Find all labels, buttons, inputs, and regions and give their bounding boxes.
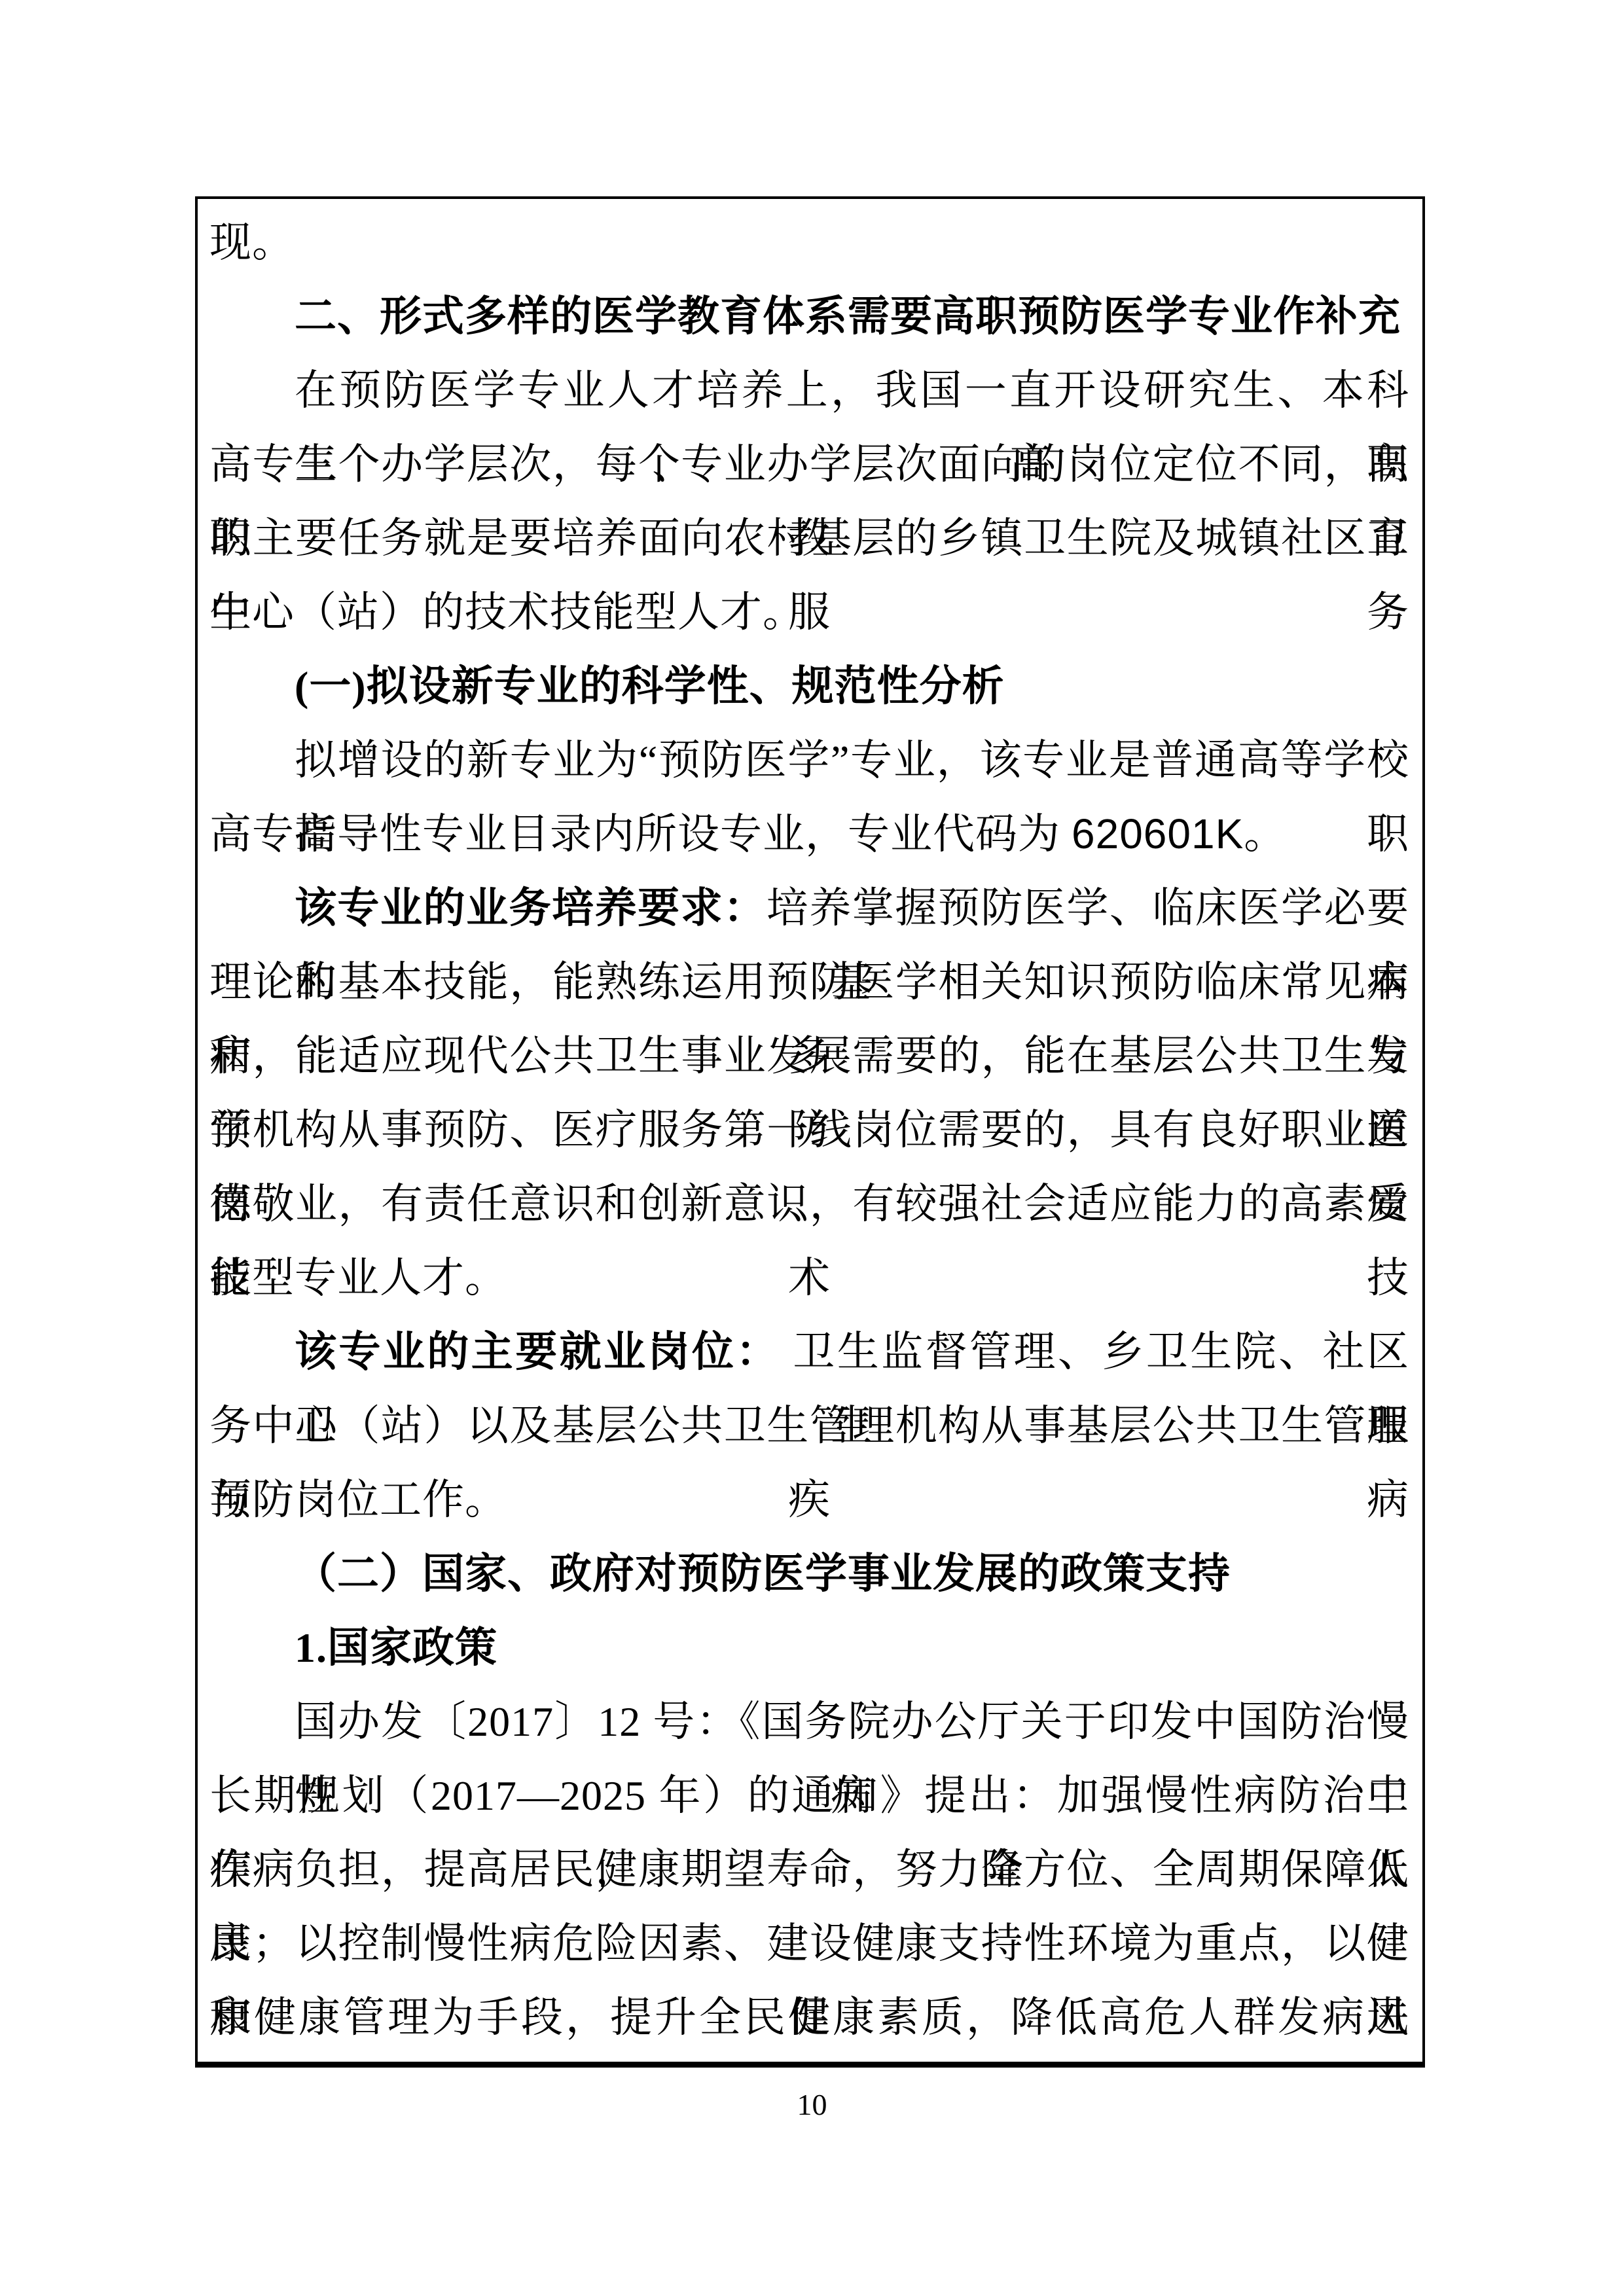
text-line: 病，能适应现代公共卫生事业发展需要的，能在基层公共卫生与预防医 — [209, 1019, 1409, 1093]
text-line: 务中心（站）以及基层公共卫生管理机构从事基层公共卫生管理与疾病 — [209, 1389, 1409, 1463]
text-line: 岗敬业，有责任意识和创新意识，有较强社会适应能力的高素质技术技 — [209, 1167, 1409, 1241]
text-line: 康；以控制慢性病危险因素、建设健康支持性环境为重点，以健康促进 — [209, 1907, 1409, 1981]
text-segment: 高专指导性专业目录内所设专业，专业代码为 — [209, 811, 1072, 857]
text-line: 该专业的主要就业岗位： 卫生监督管理、乡卫生院、社区卫生服 — [209, 1315, 1409, 1389]
document-page: 现。 二、形式多样的医学教育体系需要高职预防医学专业作补充 在预防医学专业人才培… — [0, 0, 1624, 2296]
bold-lead: 该专业的业务培养要求： — [295, 885, 767, 931]
text-line: 疾病负担，提高居民健康期望寿命，努力全方位、全周期保障人民健 — [209, 1833, 1409, 1907]
text-line: 长期规划（2017—2025 年）的通知》提出：加强慢性病防治工作，降低 — [209, 1759, 1409, 1833]
text-line: 高专三个办学层次，每个专业办学层次面向的岗位定位不同，高职教育 — [209, 427, 1409, 501]
content-frame: 现。 二、形式多样的医学教育体系需要高职预防医学专业作补充 在预防医学专业人才培… — [195, 196, 1425, 2068]
text-line: 高专指导性专业目录内所设专业，专业代码为 620601K。 — [209, 797, 1409, 871]
text-line: 在预防医学专业人才培养上，我国一直开设研究生、本科生、高职 — [209, 353, 1409, 427]
text-line: 学机构从事预防、医疗服务第一线岗位需要的，具有良好职业道德、爱 — [209, 1093, 1409, 1167]
section-heading: 1.国家政策 — [209, 1611, 1409, 1685]
major-code: 620601K — [1072, 810, 1244, 857]
text-segment: 。 — [1244, 811, 1286, 857]
section-heading: （二）国家、政府对预防医学事业发展的政策支持 — [209, 1537, 1409, 1611]
section-heading: 二、形式多样的医学教育体系需要高职预防医学专业作补充 — [209, 279, 1409, 353]
text-line: 和健康管理为手段，提升全民健康素质，降低高危人群发病风险，提高 — [209, 1981, 1409, 2054]
page-number: 10 — [0, 2087, 1624, 2123]
text-line: 国办发〔2017〕12 号：《国务院办公厅关于印发中国防治慢性病中 — [209, 1685, 1409, 1759]
text-line: 该专业的业务培养要求：培养掌握预防医学、临床医学必要的基本 — [209, 871, 1409, 945]
text-line: 理论和基本技能，能熟练运用预防医学相关知识预防临床常见病和多发 — [209, 945, 1409, 1019]
bold-lead: 该专业的主要就业岗位： — [295, 1329, 780, 1375]
section-heading: (一)拟设新专业的科学性、规范性分析 — [209, 649, 1409, 723]
text-line: 现。 — [209, 206, 1409, 279]
text-line: 拟增设的新专业为“预防医学”专业，该专业是普通高等学校高职 — [209, 723, 1409, 797]
text-line: 的主要任务就是要培养面向农村基层的乡镇卫生院及城镇社区卫生服务 — [209, 501, 1409, 575]
